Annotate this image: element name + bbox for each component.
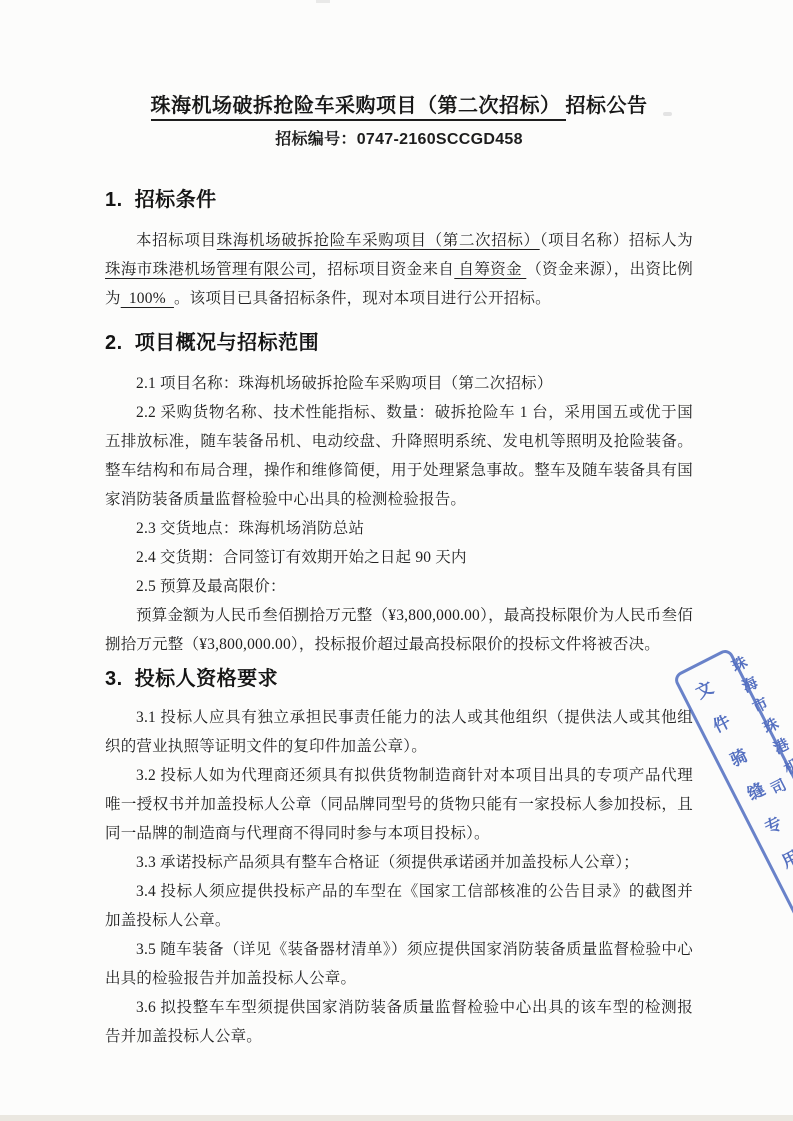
section-3-title: 投标人资格要求 (135, 668, 279, 690)
clause-3-3: 3.3 承诺投标产品须具有整车合格证（须提供承诺函并加盖投标人公章）； (105, 848, 693, 877)
clause-3-6: 3.6 拟投整车车型须提供国家消防装备质量监督检验中心出具的该车型的检测报告并加… (105, 993, 693, 1051)
document-content: 珠海机场破拆抢险车采购项目（第二次招标）招标公告 招标编号：0747-2160S… (105, 0, 693, 1051)
section-3-number: 3. (105, 668, 123, 690)
budget-paragraph: 预算金额为人民币叁佰捌拾万元整（¥3,800,000.00），最高投标限价为人民… (105, 601, 693, 659)
clause-2-4: 2.4 交货期：合同签订有效期开始之日起 90 天内 (105, 543, 693, 572)
clause-2-3: 2.3 交货地点：珠海机场消防总站 (105, 514, 693, 543)
clause-2-1: 2.1 项目名称：珠海机场破拆抢险车采购项目（第二次招标） (105, 369, 693, 398)
title-underlined-text: 珠海机场破拆抢险车采购项目（第二次招标） (151, 95, 566, 121)
section-1-number: 1. (105, 189, 123, 211)
scanned-tender-document-page: 珠海机场破拆抢险车采购项目（第二次招标）招标公告 招标编号：0747-2160S… (0, 0, 793, 1121)
scan-bottom-edge-shadow (0, 1115, 793, 1121)
clause-2-5: 2.5 预算及最高限价： (105, 572, 693, 601)
clause-3-5: 3.5 随车装备（详见《装备器材清单》）须应提供国家消防装备质量监督检验中心出具… (105, 935, 693, 993)
scan-speck (663, 112, 672, 116)
section-2-title: 项目概况与招标范围 (135, 332, 320, 354)
section-2-number: 2. (105, 332, 123, 354)
clause-3-1: 3.1 投标人应具有独立承担民事责任能力的法人或其他组织（提供法人或其他组织的营… (105, 703, 693, 761)
title-plain-text: 招标公告 (566, 95, 648, 117)
tender-number: 招标编号：0747-2160SCCGD458 (105, 128, 693, 152)
section-1-paragraph: 本招标项目珠海机场破拆抢险车采购项目（第二次招标）（项目名称）招标人为珠海市珠港… (105, 226, 693, 313)
section-1-heading: 1.招标条件 (105, 186, 693, 214)
section-1-title: 招标条件 (135, 189, 217, 211)
document-title: 珠海机场破拆抢险车采购项目（第二次招标）招标公告 (105, 92, 693, 120)
clause-3-2: 3.2 投标人如为代理商还须具有拟供货物制造商针对本项目出具的专项产品代理唯一授… (105, 761, 693, 848)
section-3-heading: 3.投标人资格要求 (105, 665, 693, 693)
section-2-heading: 2.项目概况与招标范围 (105, 329, 693, 357)
clause-3-4: 3.4 投标人须应提供投标产品的车型在《国家工信部核准的公告目录》的截图并加盖投… (105, 877, 693, 935)
clause-2-2: 2.2 采购货物名称、技术性能指标、数量：破拆抢险车 1 台，采用国五或优于国五… (105, 398, 693, 514)
scan-speck (316, 0, 330, 3)
